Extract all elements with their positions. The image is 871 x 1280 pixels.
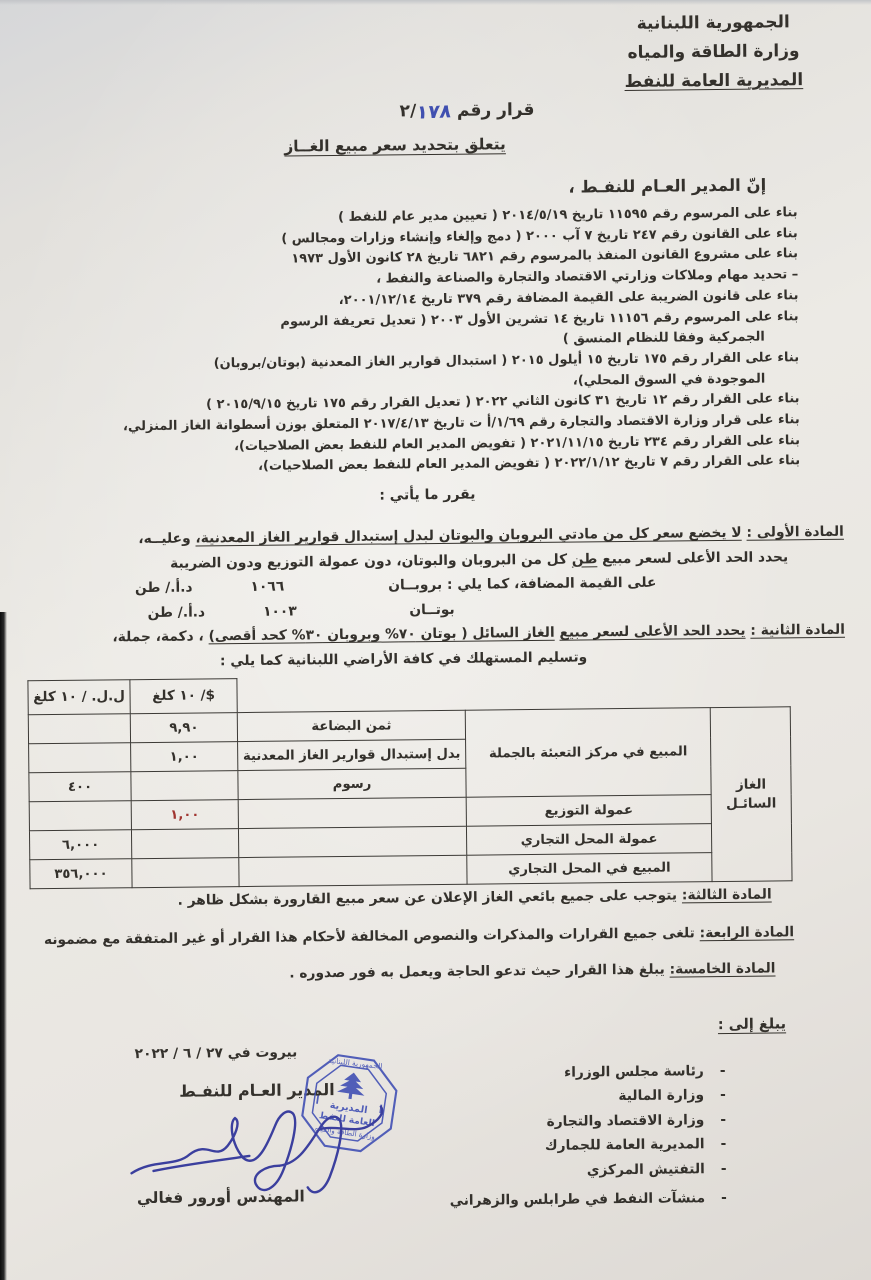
list-item: -المديرية العامة للجمارك [449, 1132, 726, 1159]
ll-cell [28, 714, 130, 744]
dash-bullet: - [720, 1083, 726, 1107]
article-4: المادة الرابعة: تلغى جميع القرارات والمذ… [44, 924, 794, 948]
desc-cell: رسوم [238, 768, 466, 799]
decree-number-printed: ٢/ [400, 101, 417, 123]
desc-cell: بدل إستبدال قوارير الغاز المعدنية [238, 739, 466, 770]
article-5-label: المادة الخامسة: [670, 960, 776, 977]
article-5: المادة الخامسة: يبلغ هذا القرار حيث تدعو… [289, 960, 775, 981]
desc-cell: ثمن البضاعة [237, 710, 465, 741]
letterhead-republic: الجمهورية اللبنانية [624, 8, 803, 39]
list-item: -وزارة المالية [449, 1083, 726, 1110]
ll-cell [29, 801, 131, 831]
cat-cell: عمولة المحل التجاري [466, 824, 711, 856]
decree-number-line: قرار رقم ٢/١٧٨ [394, 100, 535, 123]
ll-cell [29, 743, 131, 773]
usd-cell-handwritten: ١,٠٠ [131, 800, 238, 830]
article-3-label: المادة الثالثة: [682, 886, 772, 903]
price-name: بروبــان [346, 573, 442, 599]
dash-bullet: - [721, 1186, 727, 1210]
letterhead-directorate: المديرية العامة للنفط [624, 66, 803, 97]
date-line: بيروت في ٢٧ / ٦ / ٢٠٢٢ [135, 1044, 298, 1062]
desc-cell [238, 797, 466, 828]
col-header-usd: $/ ١٠ كلغ [130, 679, 237, 714]
dash-bullet: - [721, 1157, 727, 1181]
cat-cell: عمولة التوزيع [466, 795, 711, 827]
article-1: المادة الأولى : لا يخضع سعر كل من مادتي … [106, 520, 845, 626]
usd-cell: ١,٠٠ [131, 742, 238, 772]
letterhead-ministry: وزارة الطاقة والمياه [624, 37, 803, 68]
decree-number-label: قرار رقم [457, 100, 535, 121]
dash-bullet: - [720, 1108, 726, 1132]
decree-number-handwritten: ١٧٨ [415, 100, 452, 124]
table-header-spacer [237, 673, 790, 713]
resolves-line: يقرر ما يأتي : [379, 487, 475, 504]
price-value: ١٠٠٣ [244, 599, 316, 624]
usd-cell [131, 771, 238, 801]
group-cell: المبيع في مركز التعبئة بالجملة [465, 708, 711, 798]
letterhead: الجمهورية اللبنانية وزارة الطاقة والمياه… [624, 8, 804, 97]
decree-intro: إنّ المدير العـام للنفـط ، [568, 176, 766, 197]
scanned-decree-page: الجمهورية اللبنانية وزارة الطاقة والمياه… [0, 0, 871, 1280]
decree-subject: يتعلق بتحديد سعر مبيع الغــاز [284, 135, 506, 155]
article-2: المادة الثانية : يحدد الحد الأعلى لسعر م… [112, 618, 845, 675]
article-4-label: المادة الرابعة: [700, 924, 795, 941]
gas-category-cell: الغاز السائـل [710, 707, 792, 882]
price-name: بوتــان [359, 597, 455, 623]
decree-number: ٢/١٧٨ [400, 101, 452, 124]
price-value: ١٠٦٦ [231, 574, 303, 599]
list-item: -وزارة الاقتصاد والتجارة [449, 1108, 726, 1135]
dash-bullet: - [720, 1059, 726, 1083]
usd-cell: ٩,٩٠ [130, 713, 237, 743]
usd-cell [131, 829, 238, 859]
ll-cell: ٣٥٦,٠٠٠ [30, 859, 132, 889]
distribution-list: -رئاسة مجلس الوزراء -وزارة المالية -وزار… [448, 1059, 727, 1213]
dash-bullet: - [720, 1132, 726, 1156]
desc-cell [239, 855, 467, 886]
price-unit: د.أ./ طن [119, 600, 205, 625]
list-item: -منشآت النفط في طرابلس والزهراني [450, 1186, 727, 1213]
list-item: -التفتيش المركزي [449, 1157, 726, 1184]
document-sheet: الجمهورية اللبنانية وزارة الطاقة والمياه… [0, 0, 871, 1280]
ll-cell: ٦,٠٠٠ [29, 830, 131, 860]
article-1-label: المادة الأولى : [746, 524, 844, 541]
price-unit: د.أ./ طن [106, 576, 192, 601]
desc-cell [238, 826, 466, 857]
distribution-title: يبلغ إلى : [718, 1016, 786, 1033]
handwritten-signature [123, 1072, 414, 1205]
col-header-ll: ل.ل. / ١٠ كلغ [28, 680, 130, 715]
article-3: المادة الثالثة: يتوجب على جميع بائعي الغ… [178, 886, 772, 908]
usd-cell [132, 858, 239, 888]
gas-price-table: $/ ١٠ كلغ ل.ل. / ١٠ كلغ الغاز السائـل ال… [27, 672, 792, 889]
article-2-label: المادة الثانية : [750, 622, 845, 639]
list-item: -رئاسة مجلس الوزراء [448, 1059, 725, 1086]
ll-cell: ٤٠٠ [29, 772, 131, 802]
cat-cell: المبيع في المحل التجاري [467, 853, 712, 885]
preamble-list: بناء على المرسوم رقم ١١٥٩٥ تاريخ ٢٠١٤/٥/… [121, 203, 801, 479]
